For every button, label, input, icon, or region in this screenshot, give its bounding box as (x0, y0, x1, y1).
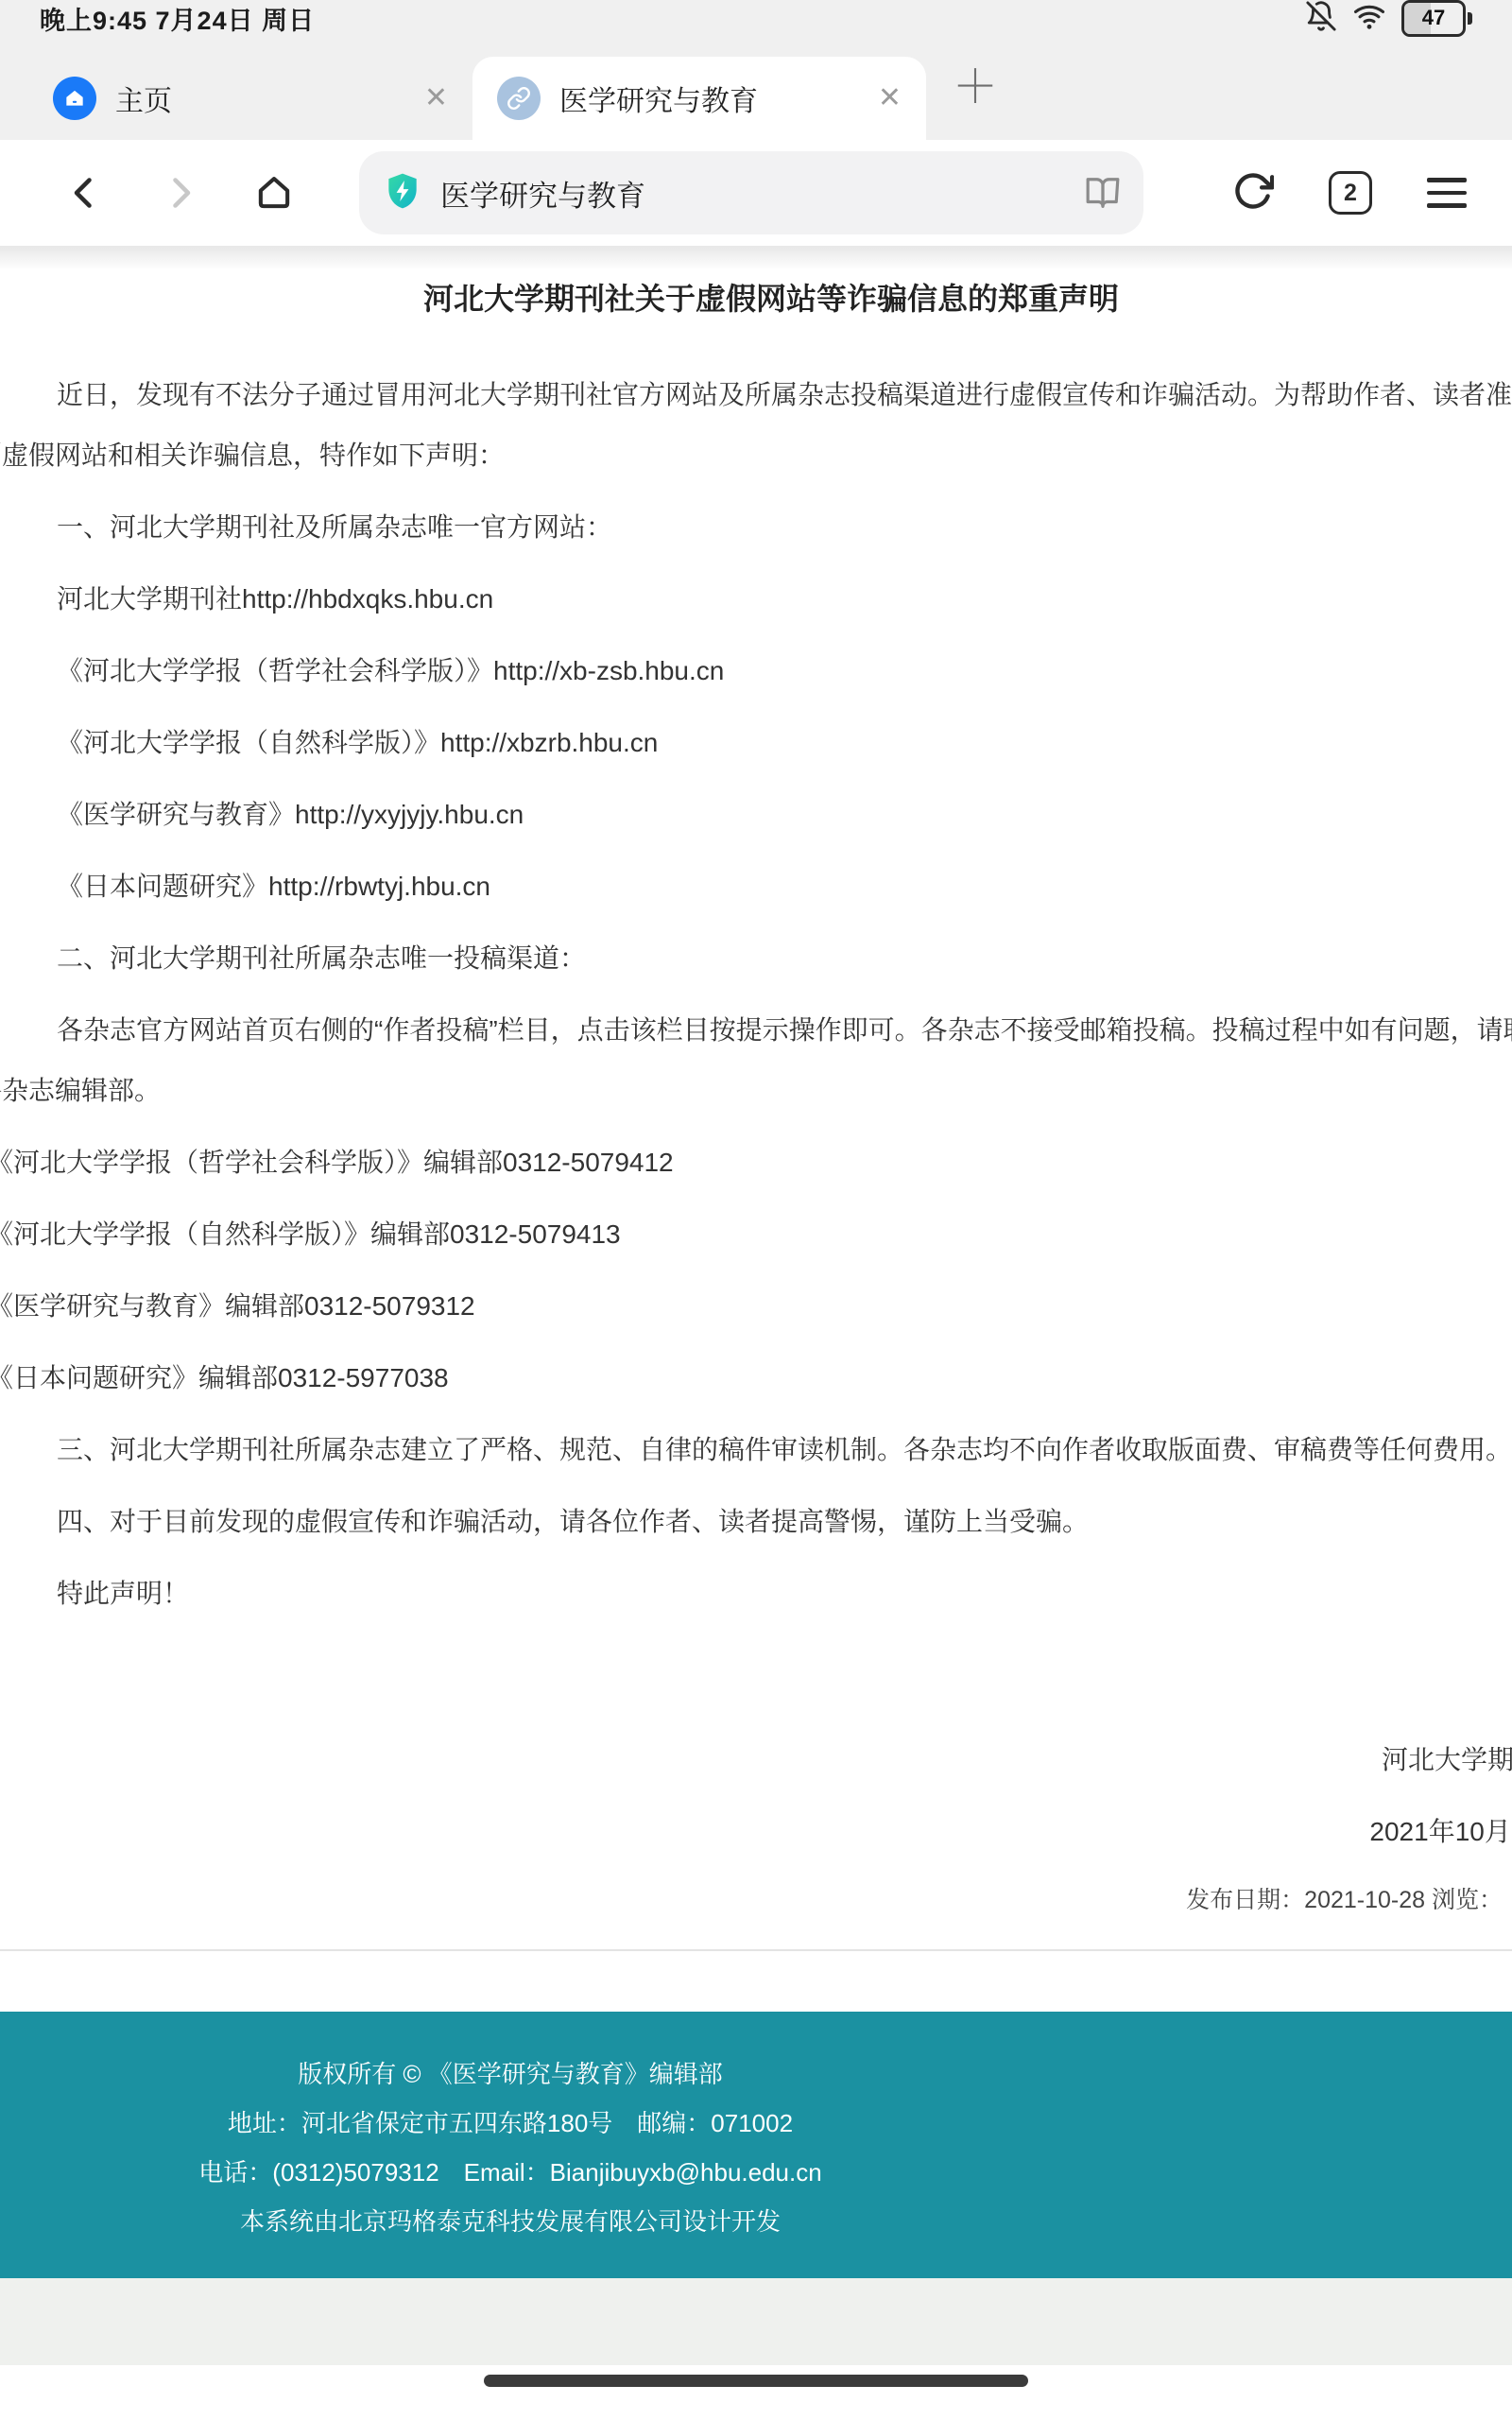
battery-percent: 47 (1422, 6, 1445, 30)
article-paragraph: 《医学研究与教育》编辑部0312-5079312 (0, 1276, 1512, 1337)
forward-button[interactable] (132, 172, 227, 214)
address-bar-title: 医学研究与教育 (440, 172, 645, 215)
status-time-date: 晚上9:45 7月24日 周日 (40, 0, 315, 37)
status-bar: 晚上9:45 7月24日 周日 (0, 0, 1512, 36)
article-paragraph: 《河北大学学报（自然科学版）》http://xbzrb.hbu.cn (0, 713, 1512, 773)
publish-meta: 发布日期：2021-10-28 浏览： (0, 1874, 1512, 1927)
tab-count-button[interactable]: 2 (1329, 171, 1372, 215)
page-footer: 版权所有 © 《医学研究与教育》编辑部 地址：河北省保定市五四东路180号 邮编… (0, 2012, 1512, 2278)
refresh-icon[interactable] (1232, 170, 1274, 216)
status-icons: 47 (1305, 0, 1472, 37)
article-paragraph: 《日本问题研究》编辑部0312-5977038 (0, 1348, 1512, 1409)
footer-copyright: 版权所有 © 《医学研究与教育》编辑部 (0, 2049, 1045, 2099)
reader-mode-icon[interactable] (1085, 175, 1121, 211)
article-paragraph: 《河北大学学报（自然科学版）》编辑部0312-5079413 (0, 1204, 1512, 1265)
home-tab-icon (53, 77, 96, 120)
article-paragraph: 四、对于目前发现的虚假宣传和诈骗活动，请各位作者、读者提高警惕，谨防上当受骗。 (0, 1492, 1512, 1552)
article-paragraph: 近日，发现有不法分子通过冒用河北大学期刊社官方网站及所属杂志投稿渠道进行虚假宣传… (0, 365, 1512, 486)
browser-window: 晚上9:45 7月24日 周日 (0, 0, 1512, 2420)
article-paragraph: 特此声明！ (0, 1564, 1512, 1624)
footer-address: 地址：河北省保定市五四东路180号 邮编：071002 (0, 2099, 1045, 2148)
footer-credit: 本系统由北京玛格泰克科技发展有限公司设计开发 (0, 2197, 1045, 2246)
browser-toolbar: 医学研究与教育 2 (0, 140, 1512, 246)
signature-org: 河北大学期刊社 (0, 1730, 1512, 1790)
web-page: 河北大学期刊社关于虚假网站等诈骗信息的郑重声明 近日，发现有不法分子通过冒用河北… (0, 278, 1512, 2399)
article-paragraph: 《医学研究与教育》http://yxyjyjy.hbu.cn (0, 785, 1512, 845)
tab-home-close-icon[interactable]: ✕ (424, 84, 448, 112)
wifi-icon (1352, 0, 1386, 37)
tab-strip: 主页 ✕ 医学研究与教育 ✕ ＋ (0, 36, 1512, 140)
notifications-muted-icon (1305, 0, 1337, 37)
article-paragraph: 《河北大学学报（哲学社会科学版）》编辑部0312-5079412 (0, 1132, 1512, 1193)
tab-current-close-icon[interactable]: ✕ (878, 84, 902, 112)
article-paragraph: 二、河北大学期刊社所属杂志唯一投稿渠道： (0, 928, 1512, 989)
tab-home[interactable]: 主页 ✕ (28, 57, 472, 140)
footer-inner: 版权所有 © 《医学研究与教育》编辑部 地址：河北省保定市五四东路180号 邮编… (0, 2049, 1045, 2246)
article-paragraph: 一、河北大学期刊社及所属杂志唯一官方网站： (0, 497, 1512, 558)
back-button[interactable] (38, 172, 132, 214)
system-nav-area (0, 2365, 1512, 2399)
tab-home-label: 主页 (115, 78, 172, 119)
signature-date: 2021年10月28日 (0, 1802, 1512, 1862)
menu-icon[interactable] (1427, 178, 1467, 208)
address-bar[interactable]: 医学研究与教育 (359, 151, 1143, 234)
page-end-band (0, 2278, 1512, 2365)
content-divider (0, 1949, 1512, 1951)
article-paragraph: 各杂志官方网站首页右侧的“作者投稿”栏目，点击该栏目按提示操作即可。各杂志不接受… (0, 1000, 1512, 1121)
toolbar-actions: 2 (1232, 170, 1480, 216)
article-paragraph: 三、河北大学期刊社所属杂志建立了严格、规范、自律的稿件审读机制。各杂志均不向作者… (0, 1420, 1512, 1480)
link-icon (497, 77, 541, 120)
tab-current-label: 医学研究与教育 (559, 78, 758, 119)
home-button[interactable] (227, 172, 321, 214)
home-indicator-bar[interactable] (484, 2375, 1028, 2387)
article-paragraph: 《日本问题研究》http://rbwtyj.hbu.cn (0, 856, 1512, 917)
site-security-shield-icon (382, 170, 423, 216)
toolbar-shadow (0, 246, 1512, 270)
new-tab-button[interactable]: ＋ (953, 65, 998, 111)
article-paragraph: 《河北大学学报（哲学社会科学版）》http://xb-zsb.hbu.cn (0, 641, 1512, 701)
footer-contact: 电话：(0312)5079312 Email：Bianjibuyxb@hbu.e… (0, 2148, 1045, 2197)
article-paragraph: 河北大学期刊社http://hbdxqks.hbu.cn (0, 569, 1512, 630)
tab-current[interactable]: 医学研究与教育 ✕ (472, 57, 926, 140)
article-title: 河北大学期刊社关于虚假网站等诈骗信息的郑重声明 (0, 278, 1512, 320)
battery-icon: 47 (1401, 0, 1472, 37)
